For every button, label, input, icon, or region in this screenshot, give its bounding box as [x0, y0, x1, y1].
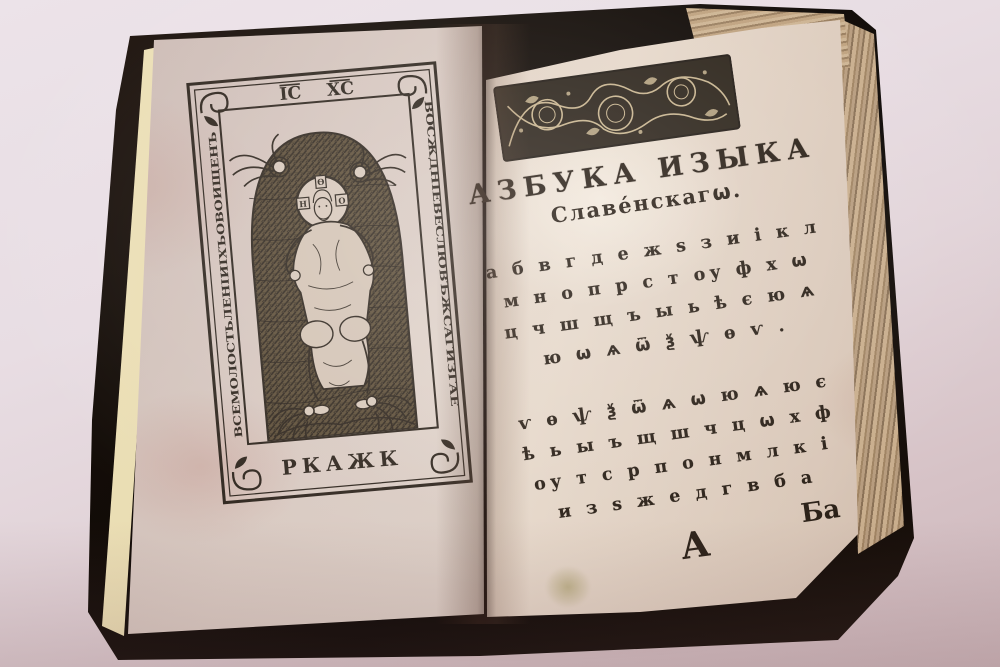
christ-woodcut-engraving: ІС ХС ВСЕМОЛОСТЬЛЕНІИІХЪОВОИЩЕНЪ ВОСЖДНІ…: [183, 58, 476, 509]
photo-of-open-antique-book: ІС ХС ВСЕМОЛОСТЬЛЕНІИІХЪОВОИЩЕНЪ ВОСЖДНІ…: [0, 0, 1000, 667]
woodcut-picture: Н Ѳ О: [228, 123, 431, 448]
bottom-inscription: РКАЖК: [281, 445, 404, 480]
wax-stain: [545, 566, 591, 608]
nimbus-letter-right: О: [338, 195, 346, 206]
ic-text: ІС: [279, 83, 303, 105]
nimbus-letter-left: Н: [299, 199, 308, 210]
book-gutter-shadow: [436, 24, 530, 624]
catchword: Ба: [799, 494, 842, 529]
left-border-inscription: ВСЕМОЛОСТЬЛЕНІИІХЪОВОИЩЕНЪ: [207, 131, 246, 438]
nimbus-letter-top: Ѳ: [317, 177, 325, 188]
large-letter: А: [678, 522, 713, 568]
